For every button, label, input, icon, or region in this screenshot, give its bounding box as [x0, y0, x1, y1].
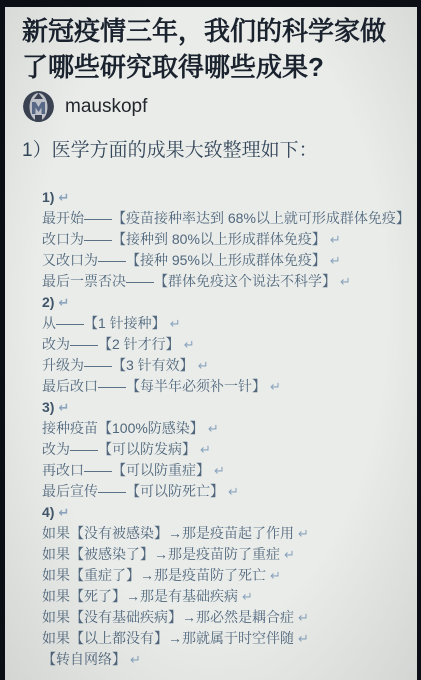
return-mark: ↵ [270, 568, 281, 583]
list-line: 如果【没有基础疾病】→那必然是耦合症↵ [42, 607, 411, 628]
list-line: 最后宣传——【可以防死亡】↵ [42, 481, 411, 502]
return-mark: ↵ [298, 610, 309, 625]
return-mark: ↵ [170, 316, 181, 331]
return-mark: ↵ [242, 589, 253, 604]
list-line-text: 如果【重症了】→那是疫苗防了死亡 [42, 567, 266, 583]
avatar-mouse-head-icon[interactable] [23, 91, 54, 122]
return-mark: ↵ [58, 400, 69, 415]
list-line-text: 如果【死了】→那是有基础疾病 [42, 588, 238, 604]
list-line: 改为——【可以防发病】↵ [42, 439, 411, 460]
quoted-list: 1)↵最开始——【疫苗接种率达到 68%以上就可形成群体免疫】改口为——【接种到… [42, 187, 411, 670]
list-line: 3)↵ [42, 397, 411, 418]
list-line: 又改口为——【接种 95%以上形成群体免疫】↵ [42, 250, 411, 271]
list-line-text: 1) [42, 189, 54, 205]
return-mark: ↵ [298, 631, 309, 646]
list-line: 接种疫苗【100%防感染】↵ [42, 418, 411, 439]
list-line-text: 如果【没有被感染】→那是疫苗起了作用 [42, 525, 294, 541]
list-line-text: 【转自网络】 [42, 651, 126, 667]
list-line: 【转自网络】↵ [42, 649, 411, 670]
list-line-text: 再改口——【可以防重症】 [42, 462, 210, 478]
return-mark: ↵ [330, 253, 341, 268]
return-mark: ↵ [200, 442, 211, 457]
list-line: 如果【重症了】→那是疫苗防了死亡↵ [42, 565, 411, 586]
return-mark: ↵ [198, 358, 209, 373]
list-line: 1)↵ [42, 187, 411, 208]
return-mark: ↵ [298, 526, 309, 541]
list-line-text: 最后改口——【每半年必须补一针】 [42, 378, 266, 394]
return-mark: ↵ [284, 547, 295, 562]
return-mark: ↵ [214, 463, 225, 478]
return-mark: ↵ [208, 421, 219, 436]
list-line-text: 改口为——【接种到 80%以上形成群体免疫】 [42, 231, 326, 247]
return-mark: ↵ [270, 379, 281, 394]
author-username[interactable]: mauskopf [65, 96, 147, 118]
list-line-text: 最开始——【疫苗接种率达到 68%以上就可形成群体免疫】 [42, 210, 410, 226]
return-mark: ↵ [340, 274, 351, 289]
list-line-text: 4) [42, 504, 54, 520]
section-heading: 1）医学方面的成果大致整理如下： [22, 138, 403, 164]
return-mark: ↵ [130, 652, 141, 667]
list-line-text: 接种疫苗【100%防感染】 [42, 420, 204, 436]
question-title: 新冠疫情三年，我们的科学家做了哪些研究取得哪些成果? [22, 13, 401, 85]
list-line: 如果【死了】→那是有基础疾病↵ [42, 586, 411, 607]
author-row[interactable]: mauskopf [23, 91, 147, 122]
list-line-text: 最后一票否决——【群体免疫这个说法不科学】 [42, 273, 336, 289]
list-line: 最后改口——【每半年必须补一针】↵ [42, 376, 411, 397]
return-mark: ↵ [228, 484, 239, 499]
list-line: 如果【没有被感染】→那是疫苗起了作用↵ [42, 523, 411, 544]
list-line-text: 从——【1 针接种】 [42, 315, 166, 331]
list-line: 升级为——【3 针有效】↵ [42, 355, 411, 376]
list-line: 最开始——【疫苗接种率达到 68%以上就可形成群体免疫】 [42, 208, 411, 229]
list-line: 从——【1 针接种】↵ [42, 313, 411, 334]
list-line-text: 2) [42, 294, 54, 310]
list-line: 如果【被感染了】→那是疫苗防了重症↵ [42, 544, 411, 565]
list-line-text: 又改口为——【接种 95%以上形成群体免疫】 [42, 252, 326, 268]
return-mark: ↵ [58, 190, 69, 205]
post-content-area: 新冠疫情三年，我们的科学家做了哪些研究取得哪些成果? mauskopf 1）医学… [5, 7, 417, 680]
return-mark: ↵ [330, 232, 341, 247]
screenshot-frame: 新冠疫情三年，我们的科学家做了哪些研究取得哪些成果? mauskopf 1）医学… [0, 0, 421, 680]
list-line: 改为——【2 针才行】↵ [42, 334, 411, 355]
list-line: 4)↵ [42, 502, 411, 523]
list-line: 如果【以上都没有】→那就属于时空伴随↵ [42, 628, 411, 649]
list-line: 2)↵ [42, 292, 411, 313]
list-line-text: 升级为——【3 针有效】 [42, 357, 194, 373]
return-mark: ↵ [58, 505, 69, 520]
list-line-text: 改为——【2 针才行】 [42, 336, 180, 352]
list-line: 再改口——【可以防重症】↵ [42, 460, 411, 481]
return-mark: ↵ [58, 295, 69, 310]
list-line-text: 改为——【可以防发病】 [42, 441, 196, 457]
return-mark: ↵ [184, 337, 195, 352]
list-line-text: 如果【被感染了】→那是疫苗防了重症 [42, 546, 280, 562]
list-line: 最后一票否决——【群体免疫这个说法不科学】↵ [42, 271, 411, 292]
list-line-text: 如果【没有基础疾病】→那必然是耦合症 [42, 609, 294, 625]
list-line-text: 如果【以上都没有】→那就属于时空伴随 [42, 630, 294, 646]
list-line-text: 3) [42, 399, 54, 415]
list-line: 改口为——【接种到 80%以上形成群体免疫】↵ [42, 229, 411, 250]
list-line-text: 最后宣传——【可以防死亡】 [42, 483, 224, 499]
